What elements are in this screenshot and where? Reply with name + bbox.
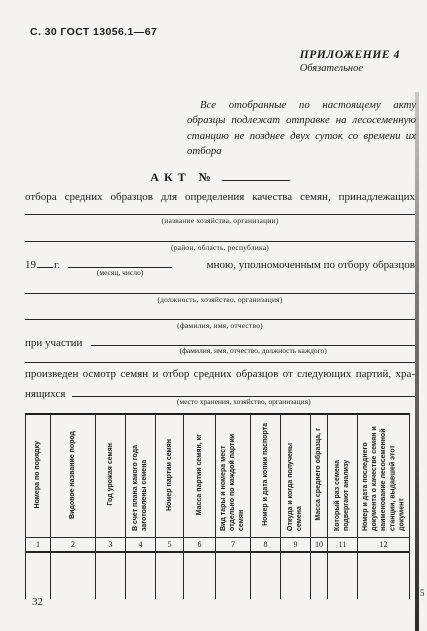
empty-cell-5 — [156, 552, 184, 599]
caption-organization: (название хозяйства, организации) — [25, 215, 415, 229]
col-header-2-text: Видовое название пород — [68, 431, 77, 519]
col-header-4: В счет плана какого года заготовлены сем… — [126, 414, 156, 538]
year-row: 19г. (месяц, число) мною, уполномоченным… — [25, 256, 415, 268]
table-header-row: Номера по порядку Видовое название пород… — [26, 414, 410, 538]
col-number-2: 2 — [51, 538, 96, 553]
act-title-row: АКТ № — [25, 169, 415, 185]
col-number-4: 4 — [126, 538, 156, 553]
caption-date: (месяц, число) — [68, 268, 172, 277]
col-header-6: Масса партии семян, кг — [184, 414, 216, 538]
empty-cell-1 — [26, 552, 51, 599]
col-header-12: Номер и дата последнего документа о каче… — [358, 414, 410, 538]
blank-line-region — [25, 229, 415, 242]
samples-table: Номера по порядку Видовое название пород… — [25, 413, 410, 599]
empty-cell-3 — [96, 552, 126, 599]
col-header-8-text: Номер и дата копии паспорта — [261, 423, 270, 526]
col-number-8: 8 — [251, 538, 281, 553]
empty-cell-10 — [311, 552, 328, 599]
date-blank-line: (месяц, число) — [68, 256, 172, 268]
col-header-12-text: Номер и дата последнего документа о каче… — [361, 419, 406, 531]
col-header-7-text: Вид тары и номера мест отдельно по каждо… — [219, 419, 246, 531]
empty-entry-row — [26, 552, 410, 599]
col-header-4-text: В счет плана какого года заготовлены сем… — [131, 419, 149, 531]
scan-edge-mark: 5 — [420, 588, 425, 598]
col-number-7: 7 — [216, 538, 251, 553]
inspection-paragraph-line1: произведен осмотр семян и отбор средних … — [25, 367, 415, 382]
empty-cell-2 — [51, 552, 96, 599]
col-number-9: 9 — [281, 538, 311, 553]
annex-subtitle: Обязательное — [300, 63, 400, 74]
col-header-11: Который раз семена подвергают анализу — [328, 414, 358, 538]
annex-block: ПРИЛОЖЕНИЕ 4 Обязательное — [300, 49, 400, 74]
year-suffix: г. — [54, 259, 60, 271]
empty-cell-9 — [281, 552, 311, 599]
col-header-3: Год урожая семян — [96, 414, 126, 538]
empty-cell-8 — [251, 552, 281, 599]
col-header-1: Номера по порядку — [26, 414, 51, 538]
act-number-blank-line — [222, 169, 290, 181]
document-page: С. 30 ГОСТ 13056.1—67 ПРИЛОЖЕНИЕ 4 Обяза… — [0, 0, 427, 631]
empty-cell-11 — [328, 552, 358, 599]
year-prefix: 19 — [25, 259, 36, 271]
storage-blank-line: (место хранения, хозяйство, организация) — [72, 385, 415, 397]
col-header-6-text: Масса партии семян, кг — [195, 434, 204, 515]
col-header-9: Откуда и когда получены семена — [281, 414, 311, 538]
annex-title: ПРИЛОЖЕНИЕ 4 — [300, 49, 400, 61]
act-title-text: АКТ № — [150, 170, 215, 184]
page-number: 32 — [32, 596, 43, 608]
col-header-11-text: Который раз семена подвергают анализу — [333, 419, 351, 531]
empty-cell-6 — [184, 552, 216, 599]
year-blank-line — [37, 256, 53, 268]
empty-cell-4 — [126, 552, 156, 599]
participation-row: при участии (фамилия, имя, отчество, дол… — [25, 334, 415, 346]
col-header-3-text: Год урожая семян — [106, 443, 115, 506]
col-header-5: Номер партии семян — [156, 414, 184, 538]
col-header-10-text: Масса среднего образца, г — [314, 428, 323, 521]
year-row-text: мною, уполномоченным по отбору образцов — [182, 259, 415, 271]
col-number-3: 3 — [96, 538, 126, 553]
col-header-8: Номер и дата копии паспорта — [251, 414, 281, 538]
inspection-word: нящихся — [25, 388, 65, 400]
scan-edge-band — [415, 92, 419, 631]
col-header-2: Видовое название пород — [51, 414, 96, 538]
blank-line-organization — [25, 205, 415, 215]
col-number-10: 10 — [311, 538, 328, 553]
blank-line-position — [25, 282, 415, 294]
caption-participants: (фамилия, имя, отчество, должность каждо… — [91, 346, 415, 355]
note-paragraph: Все отобранные по настоящему акту образц… — [187, 98, 416, 159]
caption-name: (фамилия, имя, отчество) — [25, 320, 415, 334]
participants-blank-line: (фамилия, имя, отчество, должность каждо… — [91, 334, 415, 346]
act-subtitle: отбора средних образцов для определения … — [25, 191, 415, 205]
col-header-9-text: Откуда и когда получены семена — [286, 419, 304, 531]
caption-storage: (место хранения, хозяйство, организация) — [72, 397, 415, 406]
col-header-1-text: Номера по порядку — [33, 441, 42, 508]
inspection-paragraph-line2: нящихся (место хранения, хозяйство, орга… — [25, 385, 415, 397]
empty-cell-12 — [358, 552, 410, 599]
col-number-6: 6 — [184, 538, 216, 553]
col-number-5: 5 — [156, 538, 184, 553]
col-number-1: 1 — [26, 538, 51, 553]
blank-line-name — [25, 308, 415, 320]
col-number-11: 11 — [328, 538, 358, 553]
col-header-10: Масса среднего образца, г — [311, 414, 328, 538]
act-form: отбора средних образцов для определения … — [25, 191, 415, 599]
blank-continuation-line — [25, 362, 415, 363]
col-header-7: Вид тары и номера мест отдельно по каждо… — [216, 414, 251, 538]
column-number-row: 1 2 3 4 5 6 7 8 9 10 11 12 — [26, 538, 410, 553]
running-header: С. 30 ГОСТ 13056.1—67 — [30, 26, 157, 38]
empty-cell-7 — [216, 552, 251, 599]
col-header-5-text: Номер партии семян — [165, 439, 174, 511]
caption-position: (должность, хозяйство, организация) — [25, 294, 415, 308]
participation-label: при участии — [25, 337, 82, 349]
caption-region: (район, область, республика) — [25, 242, 415, 256]
col-number-12: 12 — [358, 538, 410, 553]
